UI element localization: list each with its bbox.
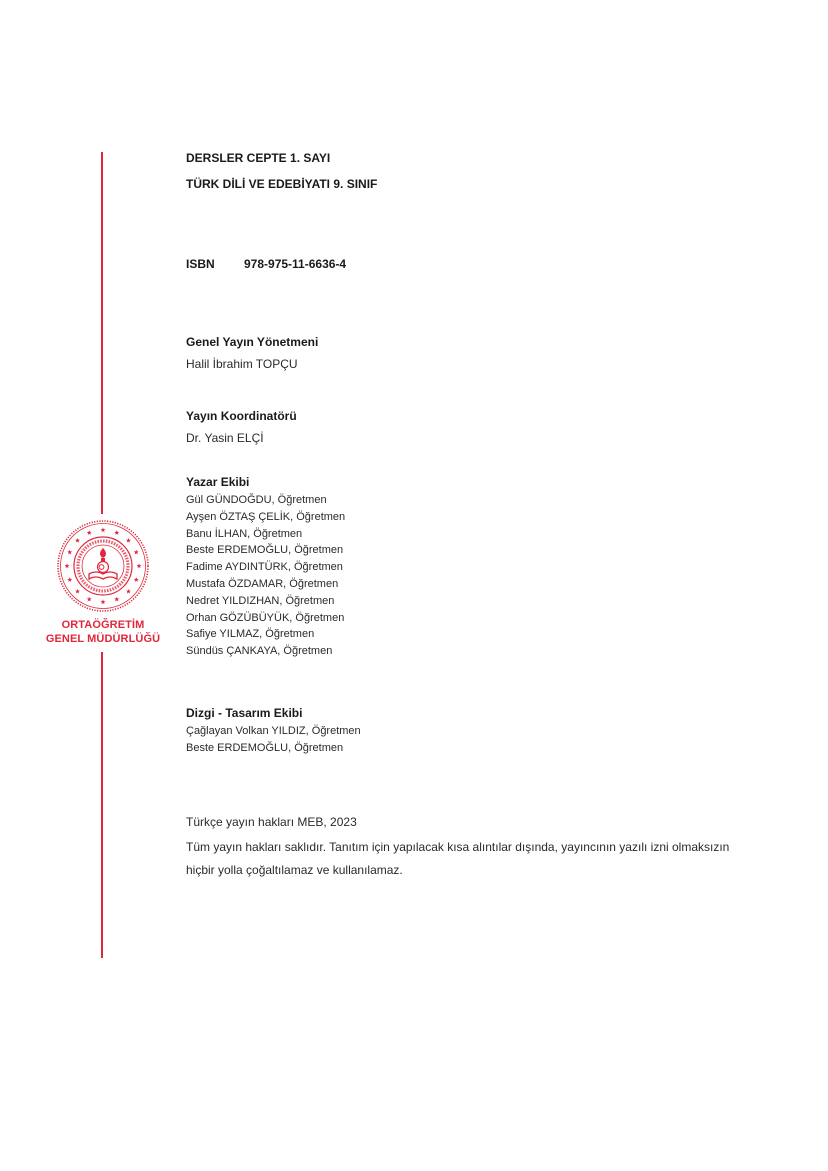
author-item: Mustafa ÖZDAMAR, Öğretmen <box>186 576 345 593</box>
rights-statement-line2: hiçbir yolla çoğaltılamaz ve kullanılama… <box>186 863 403 877</box>
coordinator-title: Yayın Koordinatörü <box>186 409 297 423</box>
author-item: Sündüs ÇANKAYA, Öğretmen <box>186 643 345 660</box>
author-item: Banu İLHAN, Öğretmen <box>186 526 345 543</box>
general-editor-title: Genel Yayın Yönetmeni <box>186 335 318 349</box>
author-item: Safiye YILMAZ, Öğretmen <box>186 626 345 643</box>
isbn-label: ISBN <box>186 257 215 271</box>
authors-title: Yazar Ekibi <box>186 475 249 489</box>
author-item: Beste ERDEMOĞLU, Öğretmen <box>186 542 345 559</box>
author-item: Gül GÜNDOĞDU, Öğretmen <box>186 492 345 509</box>
general-editor-name: Halil İbrahim TOPÇU <box>186 357 298 371</box>
author-item: Fadime AYDINTÜRK, Öğretmen <box>186 559 345 576</box>
author-item: Orhan GÖZÜBÜYÜK, Öğretmen <box>186 610 345 627</box>
accent-line-bottom <box>101 652 103 958</box>
author-item: Nedret YILDIZHAN, Öğretmen <box>186 593 345 610</box>
coordinator-name: Dr. Yasin ELÇİ <box>186 431 264 445</box>
design-team-item: Çağlayan Volkan YILDIZ, Öğretmen <box>186 723 361 740</box>
design-team-item: Beste ERDEMOĞLU, Öğretmen <box>186 740 361 757</box>
rights-statement-line1: Tüm yayın hakları saklıdır. Tanıtım için… <box>186 840 729 854</box>
meb-seal-icon <box>55 518 151 614</box>
author-item: Ayşen ÖZTAŞ ÇELİK, Öğretmen <box>186 509 345 526</box>
logo-caption-line1: ORTAÖĞRETİM <box>30 619 176 631</box>
accent-line-top <box>101 152 103 514</box>
design-team-list: Çağlayan Volkan YILDIZ, Öğretmen Beste E… <box>186 723 361 757</box>
logo-caption-line2: GENEL MÜDÜRLÜĞÜ <box>30 633 176 645</box>
copyright-line: Türkçe yayın hakları MEB, 2023 <box>186 815 357 829</box>
design-team-title: Dizgi - Tasarım Ekibi <box>186 706 302 720</box>
authors-list: Gül GÜNDOĞDU, Öğretmen Ayşen ÖZTAŞ ÇELİK… <box>186 492 345 660</box>
series-title: DERSLER CEPTE 1. SAYI <box>186 151 330 165</box>
isbn-value: 978-975-11-6636-4 <box>244 257 346 271</box>
book-title: TÜRK DİLİ VE EDEBİYATI 9. SINIF <box>186 177 377 191</box>
